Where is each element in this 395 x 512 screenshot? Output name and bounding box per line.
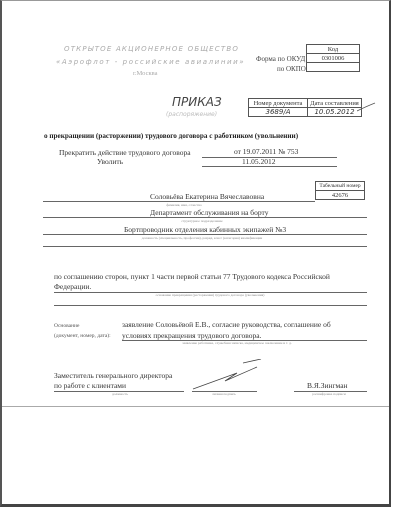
codes-header: Код xyxy=(307,45,360,54)
terminate-contract-value: от 19.07.2011 № 753 xyxy=(234,147,298,156)
basis-line2: условиях прекращения трудового договора. xyxy=(122,331,262,340)
employee-full-name: Соловьёва Екатерина Вячеславовна xyxy=(150,192,264,201)
sign-caption: личная подпись xyxy=(212,392,236,396)
underline xyxy=(43,201,315,202)
underline xyxy=(43,234,367,235)
document-number-date-table: Номер документа Дата составления 3689/А … xyxy=(248,98,362,117)
tab-number-label: Табельный номер xyxy=(316,182,365,191)
doc-number-value: 3689/А xyxy=(249,108,308,117)
tab-number-table: Табельный номер 42676 xyxy=(315,181,365,200)
codes-table: Код 0301006 xyxy=(306,44,360,72)
position-caption: должность (специальность, профессия), ра… xyxy=(142,236,262,240)
divider xyxy=(2,406,389,407)
order-heading: о прекращении (расторжении) трудового до… xyxy=(44,132,298,140)
handwritten-flourish-icon xyxy=(357,101,377,113)
terminate-contract-label: Прекратить действие трудового договора xyxy=(59,148,191,157)
underline xyxy=(43,217,367,218)
doc-date-value: 10.05.2012 xyxy=(308,108,362,117)
dismiss-date: 11.05.2012 xyxy=(242,157,275,166)
employee-position: Бортпроводник отделения кабинных экипаже… xyxy=(124,225,286,234)
signatory-name: В.Я.Зингман xyxy=(307,381,348,390)
full-name-caption: фамилия, имя, отчество xyxy=(166,203,201,207)
dismissal-reason-line1: по соглашению сторон, пункт 1 части перв… xyxy=(54,272,330,281)
tab-number-value: 42676 xyxy=(316,191,365,200)
basis-caption: заявление работника, служебная записка, … xyxy=(182,341,291,345)
position-sign-caption: должность xyxy=(112,392,128,396)
basis-label-line1: Основание xyxy=(54,323,79,329)
doc-number-label: Номер документа xyxy=(249,99,308,108)
signatory-position-line2: по работе с клиентами xyxy=(54,381,126,390)
department-caption: структурное подразделение xyxy=(181,219,222,223)
basis-label-line2: (документ, номер, дата): xyxy=(54,333,111,339)
signatory-position-line1: Заместитель генерального директора xyxy=(54,371,172,380)
name-caption: расшифровка подписи xyxy=(312,392,345,396)
employee-department: Департамент обслуживания на борту xyxy=(150,208,268,217)
organization-city: г.Москва xyxy=(133,70,158,77)
underline xyxy=(202,166,337,167)
organization-type: ОТКРЫТОЕ АКЦИОНЕРНОЕ ОБЩЕСТВО xyxy=(64,45,239,53)
dismiss-label: Уволить xyxy=(97,157,123,166)
basis-line1: заявление Соловьёвой Е.В., согласие руко… xyxy=(122,320,331,329)
underline xyxy=(54,305,367,306)
organization-name: «Аэрофлот - российские авиалинии» xyxy=(56,58,245,66)
signature-scribble-icon xyxy=(187,359,267,393)
document-page: ОТКРЫТОЕ АКЦИОНЕРНОЕ ОБЩЕСТВО «Аэрофлот … xyxy=(0,0,391,507)
document-subtitle: (распоряжение) xyxy=(166,111,217,118)
okpo-value xyxy=(307,63,360,72)
dismissal-reason-line2: Федерации. xyxy=(54,282,91,291)
reason-caption: основание прекращения (расторжения) труд… xyxy=(156,293,265,297)
okpo-label: по ОКПО xyxy=(277,65,306,73)
document-title: ПРИКАЗ xyxy=(172,95,222,109)
doc-date-label: Дата составления xyxy=(308,99,362,108)
underline xyxy=(43,246,367,247)
okud-value: 0301006 xyxy=(307,54,360,63)
okud-label: Форма по ОКУД xyxy=(256,55,305,63)
